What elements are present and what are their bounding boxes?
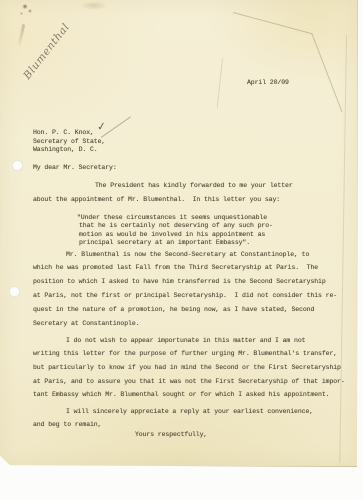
- ink-stain: [28, 9, 32, 13]
- scanned-letter: Blumenthal April 20/09 Hon. P. C. Knox, …: [0, 0, 363, 500]
- letter-paper: Blumenthal April 20/09 Hon. P. C. Knox, …: [0, 0, 358, 467]
- salutation: My dear Mr. Secretary:: [33, 164, 117, 171]
- para1-line: about the appointment of Mr. Blumenthal.…: [33, 196, 280, 203]
- ink-stain: [22, 4, 28, 9]
- para2-line: Mr. Blumenthal is now the Second-Secreta…: [66, 251, 309, 258]
- para2-line: at Paris, not the first or principal Sec…: [33, 292, 337, 299]
- letter-date: April 20/09: [247, 79, 289, 86]
- para3-line: but particularly to know if you had in m…: [33, 364, 341, 371]
- para1-line: The President has kindly forwarded to me…: [95, 182, 293, 189]
- quote-line: motion as would be involved in his appoi…: [79, 231, 265, 238]
- quote-line: "Under these circumstances it seems unqu…: [77, 214, 267, 221]
- crease-line: [233, 12, 312, 34]
- crease-line: [217, 58, 223, 108]
- fold-line: [339, 35, 346, 463]
- recipient-city-line: Washington, D. C.: [33, 146, 98, 153]
- para2-line: position to which I asked to have him tr…: [33, 278, 326, 285]
- punch-hole: [9, 286, 20, 297]
- para3-line: I do not wish to appear importunate in t…: [66, 337, 305, 344]
- ink-stain: [20, 12, 23, 15]
- quote-line: principal secretary at an important Emba…: [79, 239, 250, 246]
- quote-line: that he is certainly not deserving of an…: [79, 222, 273, 229]
- para3-line: tant Embassy which Mr. Blumenthal sought…: [33, 391, 329, 398]
- para3-line: at Paris, and to assure you that it was …: [33, 378, 345, 385]
- para2-line: which he was promoted last Fall from the…: [33, 264, 318, 271]
- ink-stain-streak: [18, 24, 26, 46]
- punch-hole: [12, 160, 23, 171]
- handwritten-annotation: Blumenthal: [21, 21, 72, 81]
- checkmark-icon: ✓: [96, 119, 107, 133]
- closing-salutation: Yours respectfully,: [135, 431, 207, 438]
- para2-line: Secretary at Constantinople.: [33, 320, 139, 327]
- para4-line: and beg to remain,: [33, 421, 101, 428]
- para3-line: writing this letter for the purpose of f…: [33, 350, 337, 357]
- para2-line: quest in the nature of a promotion, he b…: [33, 306, 314, 313]
- crease-line: [312, 33, 343, 112]
- recipient-name-line: Hon. P. C. Knox,: [33, 129, 94, 136]
- smudge-stain: [80, 1, 108, 10]
- para4-line: I will sincerely appreciate a reply at y…: [66, 408, 313, 415]
- recipient-title-line: Secretary of State,: [33, 138, 105, 145]
